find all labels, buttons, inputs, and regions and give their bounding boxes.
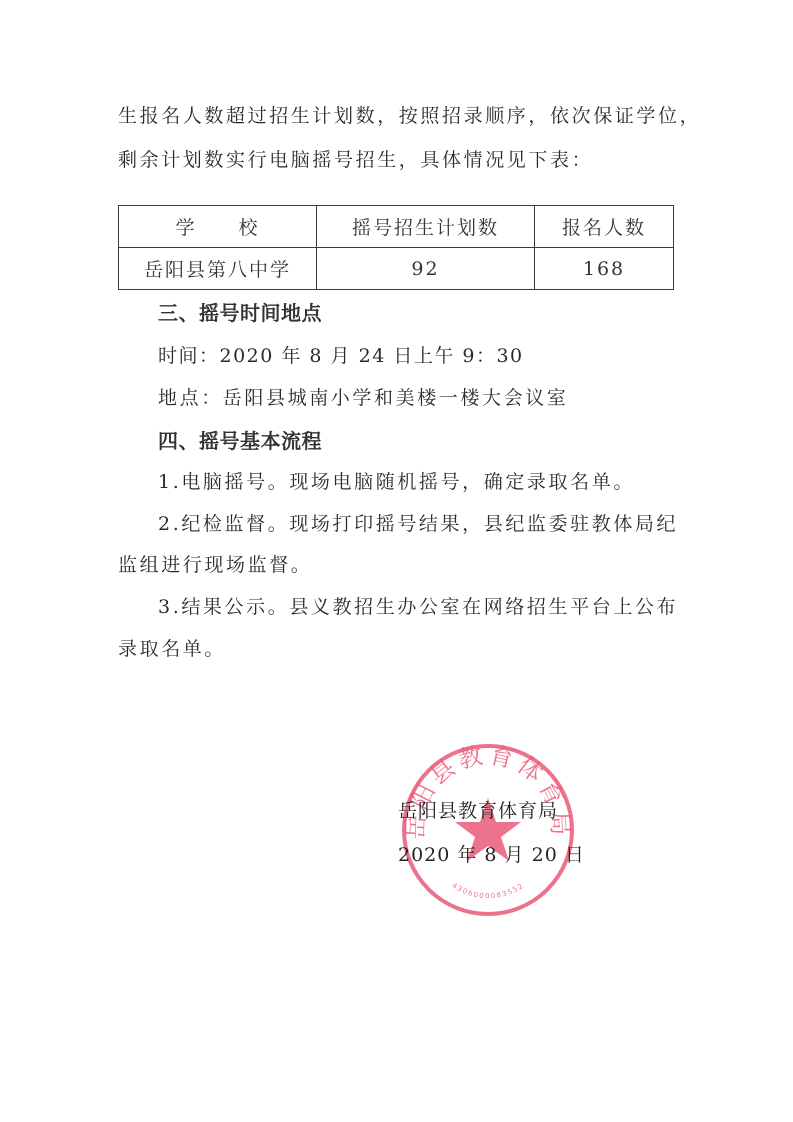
step-3-line-1: 3.结果公示。县义教招生办公室在网络招生平台上公布 — [158, 595, 678, 619]
lottery-plan-table: 学 校 摇号招生计划数 报名人数 岳阳县第八中学 92 168 — [118, 205, 674, 290]
cell-school: 岳阳县第八中学 — [119, 248, 317, 290]
table-row: 岳阳县第八中学 92 168 — [119, 248, 674, 290]
cell-plan: 92 — [317, 248, 535, 290]
svg-text:4306000083552: 4306000083552 — [450, 881, 525, 900]
lottery-time: 时间：2020 年 8 月 24 日上午 9：30 — [158, 344, 524, 368]
intro-line-2: 剩余计划数实行电脑摇号招生，具体情况见下表： — [118, 148, 593, 172]
step-3-line-2: 录取名单。 — [118, 637, 226, 661]
header-plan: 摇号招生计划数 — [317, 206, 535, 248]
step-2-line-2: 监组进行现场监督。 — [118, 553, 312, 577]
intro-line-1: 生报名人数超过招生计划数，按照招录顺序，依次保证学位， — [118, 104, 701, 128]
document-page: 生报名人数超过招生计划数，按照招录顺序，依次保证学位， 剩余计划数实行电脑摇号招… — [0, 0, 793, 1122]
issuing-organization: 岳阳县教育体育局 — [398, 799, 558, 823]
lottery-place: 地点：岳阳县城南小学和美楼一楼大会议室 — [158, 386, 568, 410]
step-2-line-1: 2.纪检监督。现场打印摇号结果，县纪监委驻教体局纪 — [158, 512, 678, 536]
section-3-heading: 三、摇号时间地点 — [158, 300, 322, 326]
header-applicants: 报名人数 — [535, 206, 674, 248]
official-seal-icon: 岳阳县教育体育局 4306000083552 — [398, 740, 578, 920]
issue-date: 2020 年 8 月 20 日 — [398, 843, 585, 867]
step-1: 1.电脑摇号。现场电脑随机摇号，确定录取名单。 — [158, 470, 635, 494]
section-4-heading: 四、摇号基本流程 — [158, 428, 322, 454]
cell-applicants: 168 — [535, 248, 674, 290]
table-header-row: 学 校 摇号招生计划数 报名人数 — [119, 206, 674, 248]
header-school: 学 校 — [119, 206, 317, 248]
